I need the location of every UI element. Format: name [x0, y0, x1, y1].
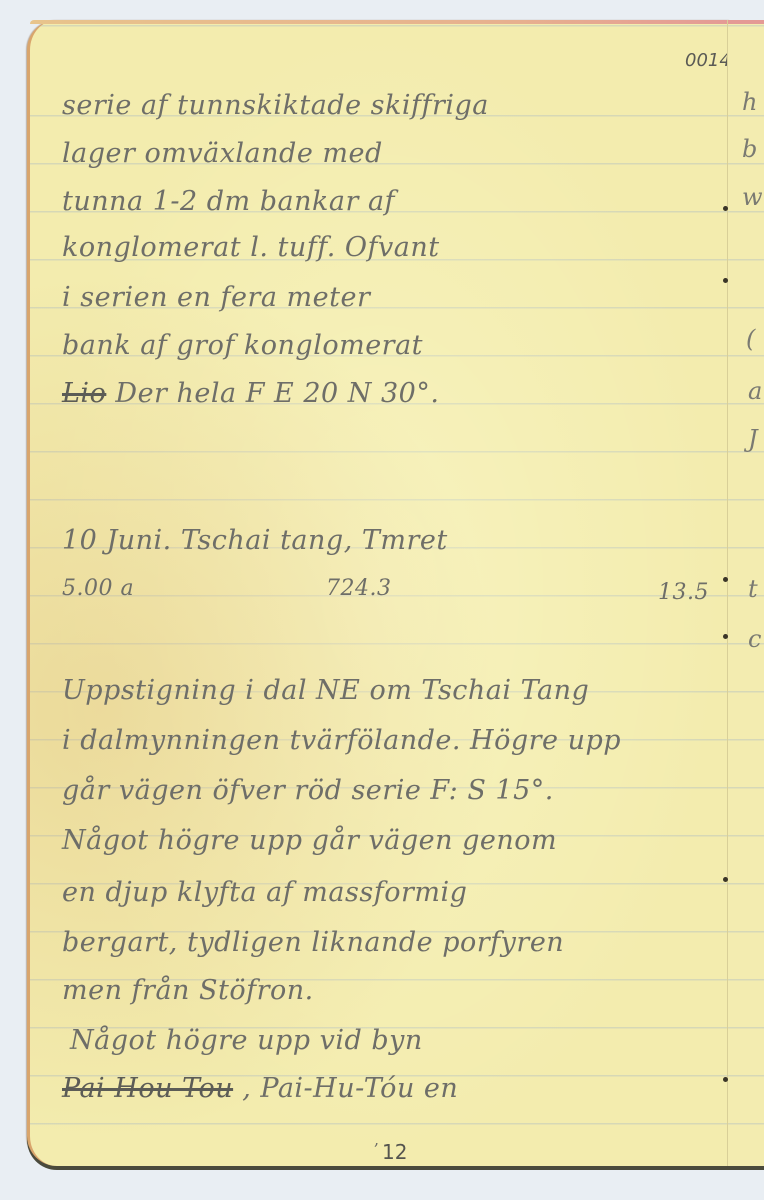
handwritten-line-16: Något högre upp vid byn	[70, 1025, 423, 1056]
archive-number: 0014	[685, 50, 731, 71]
binding-stitch	[723, 877, 728, 882]
date-heading: 10 Juni. Tschai tang, Tmret	[62, 525, 448, 556]
line-7-text: Der hela F E 20 N 30°.	[115, 378, 439, 409]
notebook-right-page-edge: h b w ( a J t c	[727, 20, 764, 1166]
handwritten-line-14: bergart, tydligen liknande porfyren	[62, 927, 564, 958]
line-17-text: , Pai-Hu-Tóu en	[242, 1073, 458, 1104]
binding-stitch	[723, 278, 728, 283]
struck-place-name: Pai Hou Tou	[62, 1073, 233, 1104]
right-page-fragment: b	[742, 135, 757, 163]
handwritten-line-17: Pai Hou Tou , Pai-Hu-Tóu en	[62, 1073, 458, 1104]
handwritten-line-9: Uppstigning i dal NE om Tschai Tang	[62, 675, 589, 706]
observation-pressure: 724.3	[326, 576, 391, 601]
handwritten-line-12: Något högre upp går vägen genom	[62, 825, 557, 856]
handwritten-line-6: bank af grof konglomerat	[62, 330, 423, 361]
handwritten-line-11: går vägen öfver röd serie F: S 15°.	[62, 775, 554, 806]
notebook-left-page: 0014 serie af tunnskiktade skiffriga lag…	[27, 20, 730, 1166]
binding-stitch	[723, 577, 728, 582]
handwritten-line-1: serie af tunnskiktade skiffriga	[62, 90, 489, 121]
binding-stitch	[723, 206, 728, 211]
right-page-fragment: c	[748, 625, 761, 653]
handwritten-line-13: en djup klyfta af massformig	[62, 877, 467, 908]
right-page-fragment: h	[742, 88, 757, 116]
handwritten-line-3: tunna 1-2 dm bankar af	[62, 186, 395, 217]
handwritten-line-4: konglomerat l. tuff. Ofvant	[62, 232, 440, 263]
handwritten-line-5: i serien en fera meter	[62, 282, 370, 313]
right-page-fragment: J	[748, 425, 758, 453]
right-page-fragment: t	[748, 575, 758, 603]
right-page-fragment: (	[746, 325, 755, 353]
struck-word: Lio	[62, 378, 106, 409]
handwritten-line-7: Lio Der hela F E 20 N 30°.	[62, 378, 439, 409]
right-page-fragment: a	[748, 377, 762, 405]
observation-temperature: 13.5	[658, 580, 709, 605]
folio-tick-mark: ,	[374, 1130, 379, 1149]
observation-time: 5.00 a	[62, 576, 134, 601]
handwritten-line-2: lager omväxlande med	[62, 138, 383, 169]
folio-number: 12	[382, 1140, 407, 1164]
handwritten-line-10: i dalmynningen tvärfölande. Högre upp	[62, 725, 621, 756]
binding-stitch	[723, 634, 728, 639]
binding-stitch	[723, 1077, 728, 1082]
right-page-fragment: w	[742, 183, 763, 211]
handwritten-line-15: men från Stöfron.	[62, 975, 314, 1006]
